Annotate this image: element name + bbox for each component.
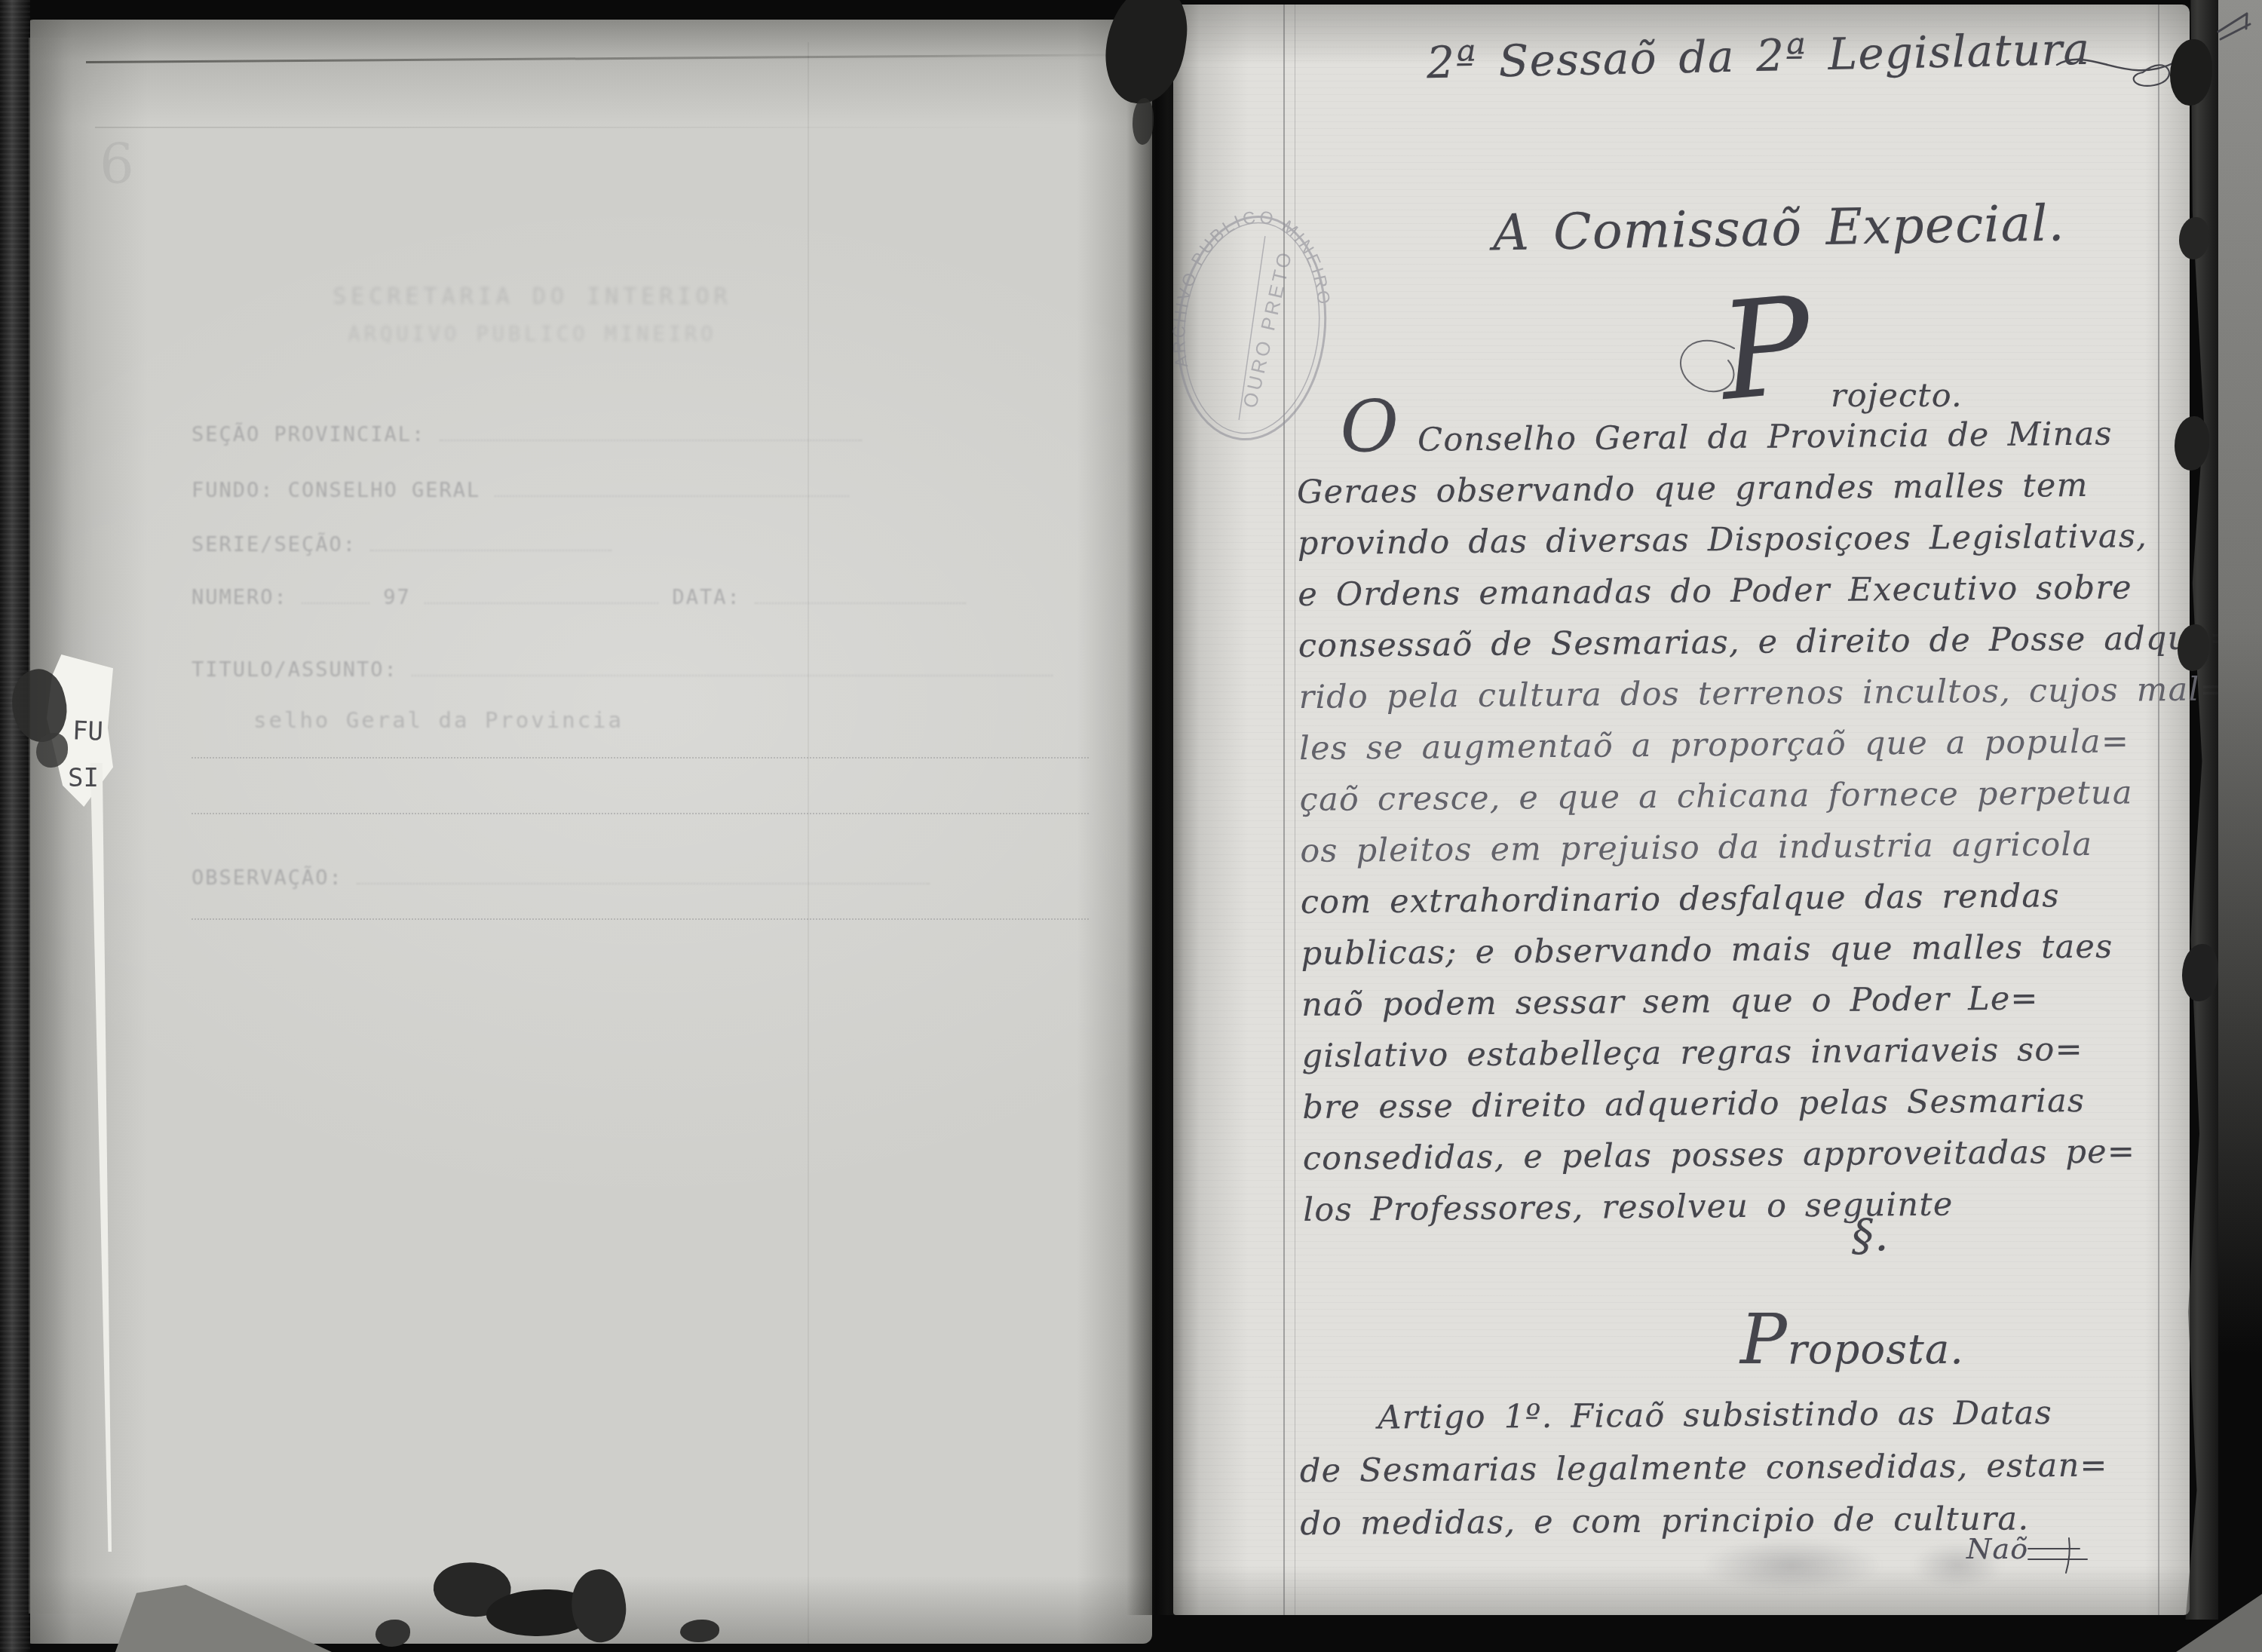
catchword-flourish-icon — [2025, 1535, 2101, 1577]
proposta-heading: Proposta. — [1740, 1326, 1964, 1373]
page-crease-2 — [95, 127, 1075, 128]
body-line: com extrahordinario desfalque das rendas — [1301, 869, 2180, 928]
form-label-secao: SEÇÃO PROVINCIAL: — [192, 423, 425, 446]
archive-form-header-line1: SECRETARIA DO INTERIOR — [178, 284, 887, 310]
form-rule-fundo — [495, 475, 849, 497]
form-rule-numero-a — [302, 582, 369, 604]
torn-fragment-text-fu: FU — [72, 716, 103, 746]
faint-digit-watermark: 6 — [100, 133, 134, 196]
form-label-titulo: TITULO/ASSUNTO: — [192, 658, 398, 682]
book-gutter-shadow — [1126, 11, 1184, 1615]
form-label-fundo: FUNDO: CONSELHO GERAL — [192, 479, 480, 502]
body-line: rido pela cultura dos terrenos incultos,… — [1298, 664, 2178, 723]
pencil-smudge — [1701, 1539, 1882, 1592]
projecto-word: rojecto. — [1831, 377, 1963, 415]
page-crease — [86, 54, 1145, 63]
left-edge-mottling — [29, 38, 92, 1614]
body-line: çaõ cresce, e que a chicana fornece perp… — [1299, 767, 2178, 826]
form-field-titulo: TITULO/ASSUNTO: — [192, 654, 1053, 682]
committee-title: A Comissaõ Expecial. — [1492, 194, 2065, 262]
body-line: naõ podem sessar sem que o Poder Le= — [1301, 972, 2181, 1031]
form-label-data: DATA: — [672, 586, 740, 609]
body-line: e Ordens emanadas do Poder Executivo sob… — [1298, 562, 2177, 621]
body-line: bre esse direito adquerido pelas Sesmari… — [1302, 1074, 2181, 1133]
form-rule-data — [755, 582, 966, 604]
form-field-numero-data: NUMERO: 97 DATA: — [192, 582, 966, 609]
body-line: los Professores, resolveu o seguinte — [1303, 1177, 2182, 1236]
form-rule-numero-b — [425, 582, 658, 604]
body-line: os pleitos em prejuiso da industria agri… — [1300, 818, 2179, 877]
body-line: Geraes observando que grandes malles tem — [1297, 459, 2176, 518]
scanned-manuscript-photo: { "scene": { "description_colors": { "ba… — [0, 0, 2262, 1652]
left-page: 6 SECRETARIA DO INTERIOR ARQUIVO PUBLICO… — [27, 20, 1152, 1644]
form-rule-a — [192, 757, 1089, 759]
form-rule-titulo — [412, 654, 1053, 676]
form-label-numero: NUMERO: — [192, 586, 288, 609]
form-field-secao: SEÇÃO PROVINCIAL: — [192, 419, 862, 446]
form-rule-secao — [440, 419, 862, 441]
manuscript-body: O Conselho Geral da Provincia de Minas G… — [1296, 408, 2181, 1236]
artigo-line: de Sesmarias legalmente consedidas, esta… — [1300, 1439, 2193, 1497]
body-line: publicas; e observando mais que malles t… — [1301, 921, 2180, 979]
body-line: consessaõ de Sesmarias, e direito de Pos… — [1298, 613, 2178, 672]
pencil-smudge — [1912, 1543, 2003, 1588]
body-line: O Conselho Geral da Provincia de Minas — [1296, 408, 2175, 467]
body-line: gislativo estabelleça regras invariaveis… — [1301, 1023, 2181, 1082]
torn-fragment-text-si: SI — [68, 763, 99, 793]
form-typed-fragment: selho Geral da Provincia — [253, 707, 624, 733]
artigo-line: Artigo 1º. Ficaõ subsistindo as Datas — [1299, 1386, 2193, 1445]
form-rule-serie — [370, 529, 611, 551]
session-header: 2ª Sessaõ da 2ª Legislatura — [1426, 23, 2090, 88]
stamp-center-text: OURO PRETO — [1238, 247, 1296, 410]
form-rule-b — [192, 813, 1089, 814]
form-field-observacao: OBSERVAÇÃO: — [192, 863, 930, 890]
form-rule-observacao — [357, 863, 930, 884]
form-field-fundo: FUNDO: CONSELHO GERAL — [192, 475, 849, 502]
archive-form-header-line2: ARQUIVO PUBLICO MINEIRO — [178, 323, 887, 346]
form-rule-c — [192, 918, 1089, 920]
archive-oval-stamp: ARCHIVO PUBLICO MINEIRO OURO PRETO — [1160, 204, 1348, 452]
section-paragraph-mark: §. — [1852, 1209, 1890, 1261]
form-label-serie: SERIE/SEÇÃO: — [192, 533, 357, 556]
form-value-numero: 97 — [383, 586, 411, 609]
backdrop-right-strip — [2218, 0, 2262, 1652]
page-corner-mark-icon — [2215, 6, 2256, 44]
body-line: provindo das diversas Disposiçoes Legisl… — [1297, 510, 2176, 569]
form-label-observacao: OBSERVAÇÃO: — [192, 866, 343, 890]
artigo-block: Artigo 1º. Ficaõ subsistindo as Datas de… — [1299, 1386, 2193, 1550]
body-line: les se augmentaõ a proporçaõ que a popul… — [1299, 716, 2178, 774]
body-line: consedidas, e pelas posses approveitadas… — [1303, 1126, 2182, 1185]
book-spine-edge — [0, 0, 30, 1652]
form-field-serie: SERIE/SEÇÃO: — [192, 529, 611, 556]
